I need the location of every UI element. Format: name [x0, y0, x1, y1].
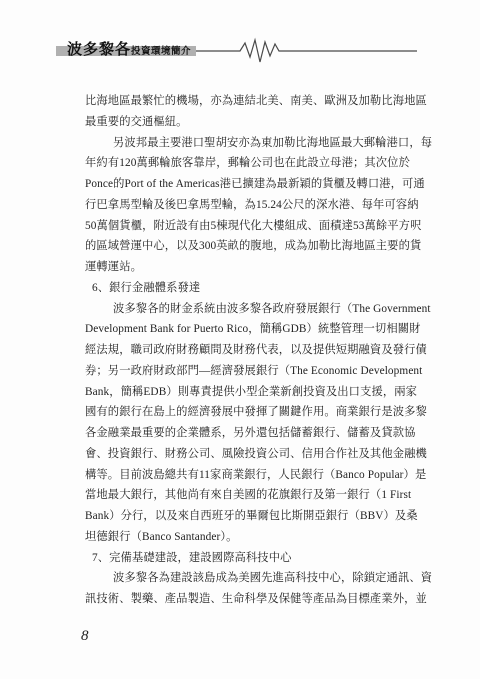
body-line: 比海地區最繁忙的機場，亦為連結北美、南美、歐洲及加勒比海地區: [85, 91, 435, 112]
header-title-main: 波多黎各: [67, 38, 131, 59]
body-line: 50萬個貨櫃，附近設有由5棟現代化大樓組成、面積達53萬餘平方呎: [85, 216, 435, 237]
page-number: 8: [81, 628, 89, 645]
body-line: 構等。目前波島總共有11家商業銀行，人民銀行（Banco Popular）是: [85, 465, 435, 486]
body-line: 年約有120萬郵輪旅客靠岸，郵輪公司也在此設立母港；其次位於: [85, 153, 435, 174]
body-line: Development Bank for Puerto Rico，簡稱GDB）統…: [85, 319, 435, 340]
body-line: 訊技術、製藥、產品製造、生命科學及保健等產品為目標產業外，並: [85, 589, 435, 610]
body-line: 坦德銀行（Banco Santander）。: [85, 527, 435, 548]
body-line: Ponce的Port of the Americas港已擴建為最新穎的貨櫃及轉口…: [85, 174, 435, 195]
body-line: 經法規，職司政府財務顧問及財務代表，以及提供短期融資及發行債: [85, 340, 435, 361]
page-header-title: 波多黎各投資環境簡介: [67, 38, 191, 59]
body-line: 的區域營運中心，以及300英畝的腹地，成為加勒比海地區主要的貨: [85, 236, 435, 257]
body-line: 運轉運站。: [85, 257, 435, 278]
body-line: Bank）分行，以及來自西班牙的畢爾包比斯開亞銀行（BBV）及桑: [85, 506, 435, 527]
heartbeat-line-icon: [196, 36, 418, 66]
body-line: 6、銀行金融體系發達: [92, 278, 435, 299]
body-line: 各金融業最重要的企業體系，另外還包括儲蓄銀行、儲蓄及貸款協: [85, 423, 435, 444]
page-header: 波多黎各投資環境簡介: [0, 0, 480, 70]
body-line: 當地最大銀行，其他尚有來自美國的花旗銀行及第一銀行（1 First: [85, 485, 435, 506]
body-line: 國有的銀行在島上的經濟發展中發揮了關鍵作用。商業銀行是波多黎: [85, 402, 435, 423]
header-title-sub: 投資環境簡介: [131, 43, 191, 57]
body-line: 最重要的交通樞紐。: [85, 112, 435, 133]
body-line: Bank，簡稱EDB）則專責提供小型企業新創投資及出口支援，兩家: [85, 382, 435, 403]
body-line: 會、投資銀行、財務公司、風險投資公司、信用合作社及其他金融機: [85, 444, 435, 465]
body-line: 行巴拿馬型輪及後巴拿馬型輪，為15.24公尺的深水港、每年可容納: [85, 195, 435, 216]
body-line: 7、完備基礎建設，建設國際高科技中心: [92, 548, 435, 569]
document-page: 波多黎各投資環境簡介 比海地區最繁忙的機場，亦為連結北美、南美、歐洲及加勒比海地…: [0, 0, 480, 679]
body-text: 比海地區最繁忙的機場，亦為連結北美、南美、歐洲及加勒比海地區最重要的交通樞紐。另…: [85, 91, 435, 610]
body-line: 券；另一政府財政部門—經濟發展銀行（The Economic Developme…: [85, 361, 435, 382]
body-line: 另波邦最主要港口聖胡安亦為東加勒比海地區最大郵輪港口，每: [113, 133, 435, 154]
body-line: 波多黎各的財金系統由波多黎各政府發展銀行（The Government: [113, 299, 435, 320]
body-line: 波多黎各為建設該島成為美國先進高科技中心，除鎖定通訊、資: [113, 568, 435, 589]
